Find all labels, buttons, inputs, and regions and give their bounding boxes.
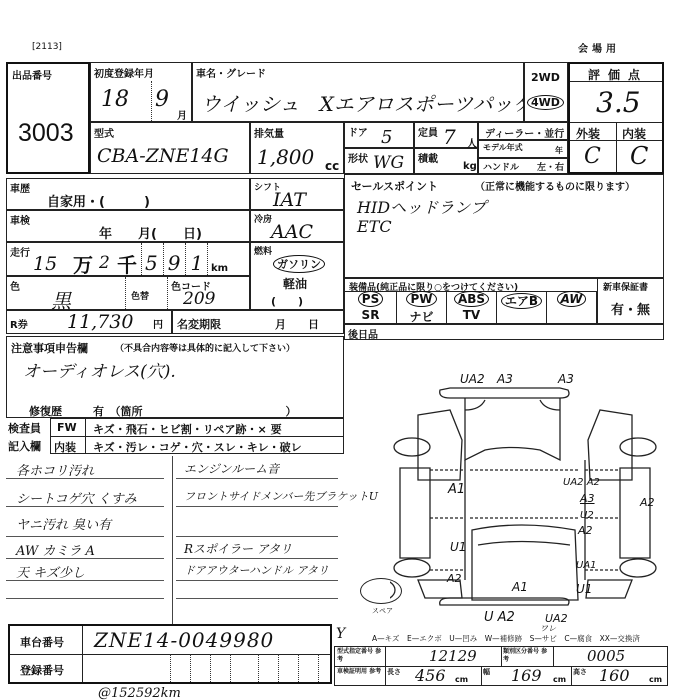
capacity: 定員 7 人	[414, 122, 478, 148]
comment-left-1: 各ホコリ汚れ	[16, 460, 94, 479]
sheet-code: [2113]	[32, 42, 62, 52]
damage-mark: U2	[580, 510, 594, 521]
damage-legend: A—キズ E—エクボ U—凹み W—補修跡 S—サビ C—腐食 XX—交換済	[372, 633, 640, 644]
width-value: 169	[511, 666, 542, 685]
first-registration: 初度登録年月 18 9 月	[90, 62, 192, 122]
damage-mark: U A2	[484, 610, 515, 625]
damage-mark: A1	[448, 482, 465, 497]
notes: 注意事項申告欄 （不具合内容等は具体的に記入して下さい） オーディオレス(穴).…	[6, 336, 344, 418]
damage-mark: UA2	[460, 372, 485, 386]
car-name: 車名・グレード ウイッシュ Xエアロスポーツパッケージ	[192, 62, 524, 122]
lot-label: 出品番号	[12, 67, 52, 82]
equip-tv: TV	[447, 308, 497, 324]
comment-left-4: AW カミラ A	[16, 540, 95, 559]
damage-mark: UA2 A2	[563, 477, 600, 488]
damage-mark: U1	[450, 540, 466, 554]
equipment: 装備品(純正品に限り○をつけてください) 新車保証書 有・無 PS PW ABS…	[344, 278, 664, 324]
drive-selected: 4WD	[527, 95, 564, 110]
exterior-grade: C	[584, 144, 601, 169]
later-items: 後日品	[344, 324, 664, 340]
chassis-block: 車台番号 ZNE14-0049980 登録番号	[8, 624, 332, 684]
type-designation-value: 12129	[429, 647, 477, 665]
footnote-mileage: @152592km	[98, 686, 181, 700]
damage-mark: A1	[512, 580, 528, 594]
body-shape: 形状 WG	[344, 148, 414, 174]
fuel: 燃料 ガソリン 軽油 ( )	[250, 242, 344, 310]
interior-grade: C	[630, 142, 648, 170]
comment-left-2: シートコゲ穴 くすみ	[16, 488, 137, 507]
chassis-number: ZNE14-0049980	[94, 628, 274, 652]
equip-navi: ナビ	[397, 308, 447, 324]
score-value: 3.5	[596, 86, 641, 119]
comment-right-4: Rスポイラー アタリ	[184, 540, 292, 557]
lot-value: 3003	[18, 119, 74, 148]
car-diagram	[390, 370, 660, 610]
inspection: 車検 年 月( 日)	[6, 210, 250, 242]
header-right: 会場用	[578, 40, 620, 55]
sales-points: セールスポイント （正常に機能するものに限ります） HIDヘッドランプ ETC	[344, 174, 664, 278]
damage-mark: A2	[447, 572, 462, 585]
color: 色 黒 色替 色コード 209	[6, 276, 250, 310]
notes-value: オーディオレス(穴).	[23, 357, 176, 382]
history: 車歴 自家用・( )	[6, 178, 250, 210]
displacement: 排気量 1,800 cc	[250, 122, 344, 174]
damage-mark: A3	[497, 372, 513, 386]
damage-mark: A2	[640, 496, 655, 509]
equip-airbag: エアB	[501, 293, 542, 309]
damage-mark: A3	[580, 492, 595, 505]
dealer: ディーラー・並行	[478, 122, 568, 140]
inspector-box: FW キズ・飛石・ヒビ割・リペア跡・× 要 内装 キズ・汚レ・コゲ・穴・スレ・キ…	[50, 418, 344, 454]
spec-block: 型式指定番号 参考 12129 類別区分番号 参考 0005 車検証明用 参考 …	[334, 646, 668, 686]
drive-box: 2WD 4WD	[524, 62, 568, 122]
comment-left-3: ヤニ汚れ 臭い有	[16, 514, 111, 533]
mileage: 走行 15 万 2 千 591 km	[6, 242, 250, 276]
load: 積載 kg	[414, 148, 478, 174]
comment-right-2: フロントサイドメンバー先ブラケットU	[184, 488, 378, 504]
equip-abs: ABS	[454, 291, 489, 307]
damage-mark: A2	[578, 524, 593, 537]
name-change: 名変期限 月 日	[172, 310, 344, 334]
model-year: モデル年式 年	[478, 140, 568, 158]
aircon: 冷房 AAC	[250, 210, 344, 242]
handle: ハンドル 左・右	[478, 158, 568, 174]
car-name-value: ウイッシュ Xエアロスポーツパッケージ	[201, 88, 572, 117]
equip-pw: PW	[406, 291, 436, 307]
model-value: CBA-ZNE14G	[97, 145, 229, 167]
reg-year: 18	[101, 87, 129, 112]
comment-right-1: エンジンルーム音	[184, 460, 279, 477]
score-box: 評価点 3.5 外装 内装 C C	[568, 62, 664, 174]
damage-mark: UA1	[576, 560, 597, 571]
height-value: 160	[599, 666, 630, 685]
equip-ps: PS	[358, 291, 383, 307]
recycle-fee: R券 11,730 円	[6, 310, 172, 334]
damage-mark: A3	[558, 372, 574, 386]
equip-aw: AW	[557, 291, 587, 307]
spare-tire-icon	[360, 578, 402, 604]
comment-left-5: 天 キズ少し	[16, 562, 85, 581]
model: 型式 CBA-ZNE14G	[90, 122, 250, 174]
lot-number-box: 出品番号 3003	[6, 62, 90, 174]
equip-sr: SR	[345, 308, 397, 324]
shift: シフト IAT	[250, 178, 344, 210]
doors: ドア 5	[344, 122, 414, 148]
category-value: 0005	[587, 647, 625, 665]
comment-right-5: ドアアウターハンドル アタリ	[184, 562, 329, 578]
reg-month: 9	[155, 87, 169, 112]
damage-mark: U1	[576, 582, 592, 596]
length-value: 456	[415, 666, 446, 685]
